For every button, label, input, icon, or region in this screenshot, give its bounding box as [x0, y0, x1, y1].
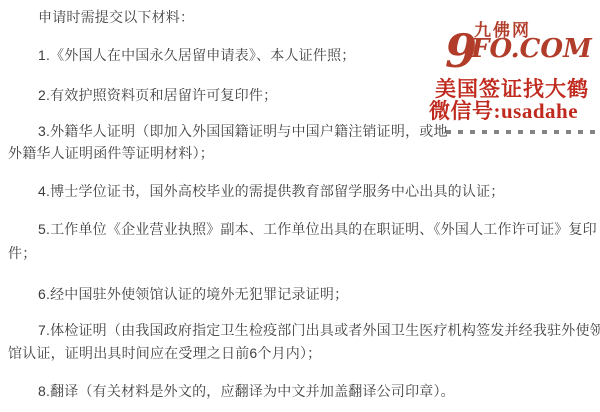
obscured-text-tips [446, 130, 596, 134]
document-page: 申请时需提交以下材料： 1.《外国人在中国永久居留申请表》、本人证件照； 2.有… [0, 0, 600, 412]
item-3-line: 3.外籍华人证明（即加入外国国籍证明与中国户籍注销证明，或地 [38, 121, 448, 141]
item-5-line: 5.工作单位《企业营业执照》副本、工作单位出具的在职证明、《外国人工作许可证》复… [38, 219, 597, 239]
item-4-line: 4.博士学位证书，国外高校毕业的需提供教育部留学服务中心出具的认证； [38, 181, 504, 201]
logo-site-name: 九佛网 [474, 22, 531, 39]
logo-domain: FO.COM [471, 36, 592, 62]
item-3-continuation: 外籍华人证明函件等证明材料）； [8, 143, 214, 163]
item-8-line: 8.翻译（有关材料是外文的，应翻译为中文并加盖翻译公司印章）。 [38, 381, 455, 401]
logo-numeral: 9 [445, 28, 477, 74]
item-6-line: 6.经中国驻外使领馆认证的境外无犯罪记录证明； [38, 284, 348, 304]
item-1-line: 1.《外国人在中国永久居留申请表》、本人证件照； [38, 45, 355, 65]
item-7-line: 7.体检证明（由我国政府指定卫生检疫部门出具或者外国卫生医疗机构签发并经我驻外使… [38, 320, 600, 340]
intro-line: 申请时需提交以下材料： [38, 7, 194, 27]
item-7-continuation: 馆认证，证明出具时间应在受理之日前6个月内）； [8, 343, 321, 363]
slogan-text: 美国签证找大鹤 [435, 79, 589, 100]
item-2-line: 2.有效护照资料页和居留许可复印件； [38, 85, 277, 105]
item-5-continuation: 件； [8, 243, 36, 263]
wechat-id: 微信号:usadahe [429, 101, 578, 122]
